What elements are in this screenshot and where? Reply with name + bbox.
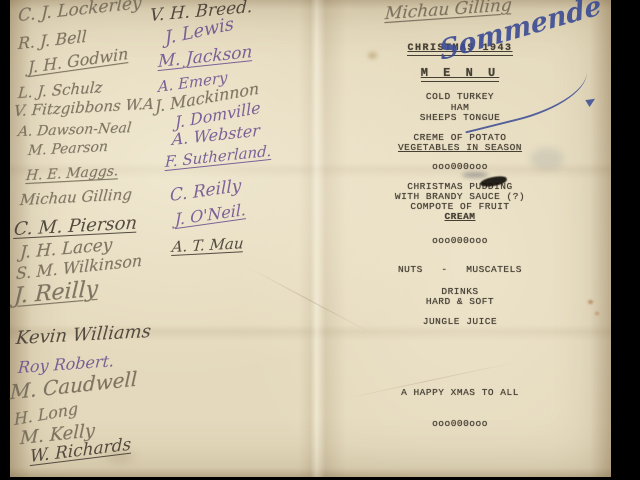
- signature: Kevin Williams: [15, 321, 152, 349]
- signature: R. J. Bell: [18, 27, 87, 53]
- signature: H. E. Maggs.: [25, 163, 119, 184]
- menu-line: VEGETABLES IN SEASON: [310, 143, 610, 153]
- menu-line: A HAPPY XMAS TO ALL: [310, 388, 610, 398]
- menu-line: JUNGLE JUICE: [310, 317, 610, 327]
- ink-smear: [462, 172, 488, 178]
- paper-document: CHRISTMAS 1943M E N UCOLD TURKEYHAMSHEEP…: [10, 0, 611, 477]
- signature: Michau Gilling: [19, 185, 132, 209]
- signature: M. Pearson: [27, 139, 108, 159]
- menu-line: NUTS - MUSCATELS: [310, 265, 610, 275]
- menu-line: ooo000ooo: [310, 419, 610, 429]
- photo-stage: CHRISTMAS 1943M E N UCOLD TURKEYHAMSHEEP…: [0, 0, 640, 480]
- signature: A. Dawson-Neal: [17, 120, 132, 140]
- menu-line: HARD & SOFT: [310, 297, 610, 307]
- menu-line: ooo000ooo: [310, 162, 610, 172]
- menu-line: ooo000ooo: [310, 236, 610, 246]
- typed-menu-column: CHRISTMAS 1943M E N UCOLD TURKEYHAMSHEEP…: [310, 0, 610, 477]
- signature: C. J. Lockerley: [18, 0, 142, 26]
- signature: C. M. Pierson: [13, 212, 138, 240]
- menu-line: CREAM: [310, 212, 610, 222]
- signature: A. T. Mau: [171, 234, 244, 256]
- signature: J. O'Neil.: [175, 200, 246, 229]
- menu-line: SHEEPS TONGUE: [310, 113, 610, 123]
